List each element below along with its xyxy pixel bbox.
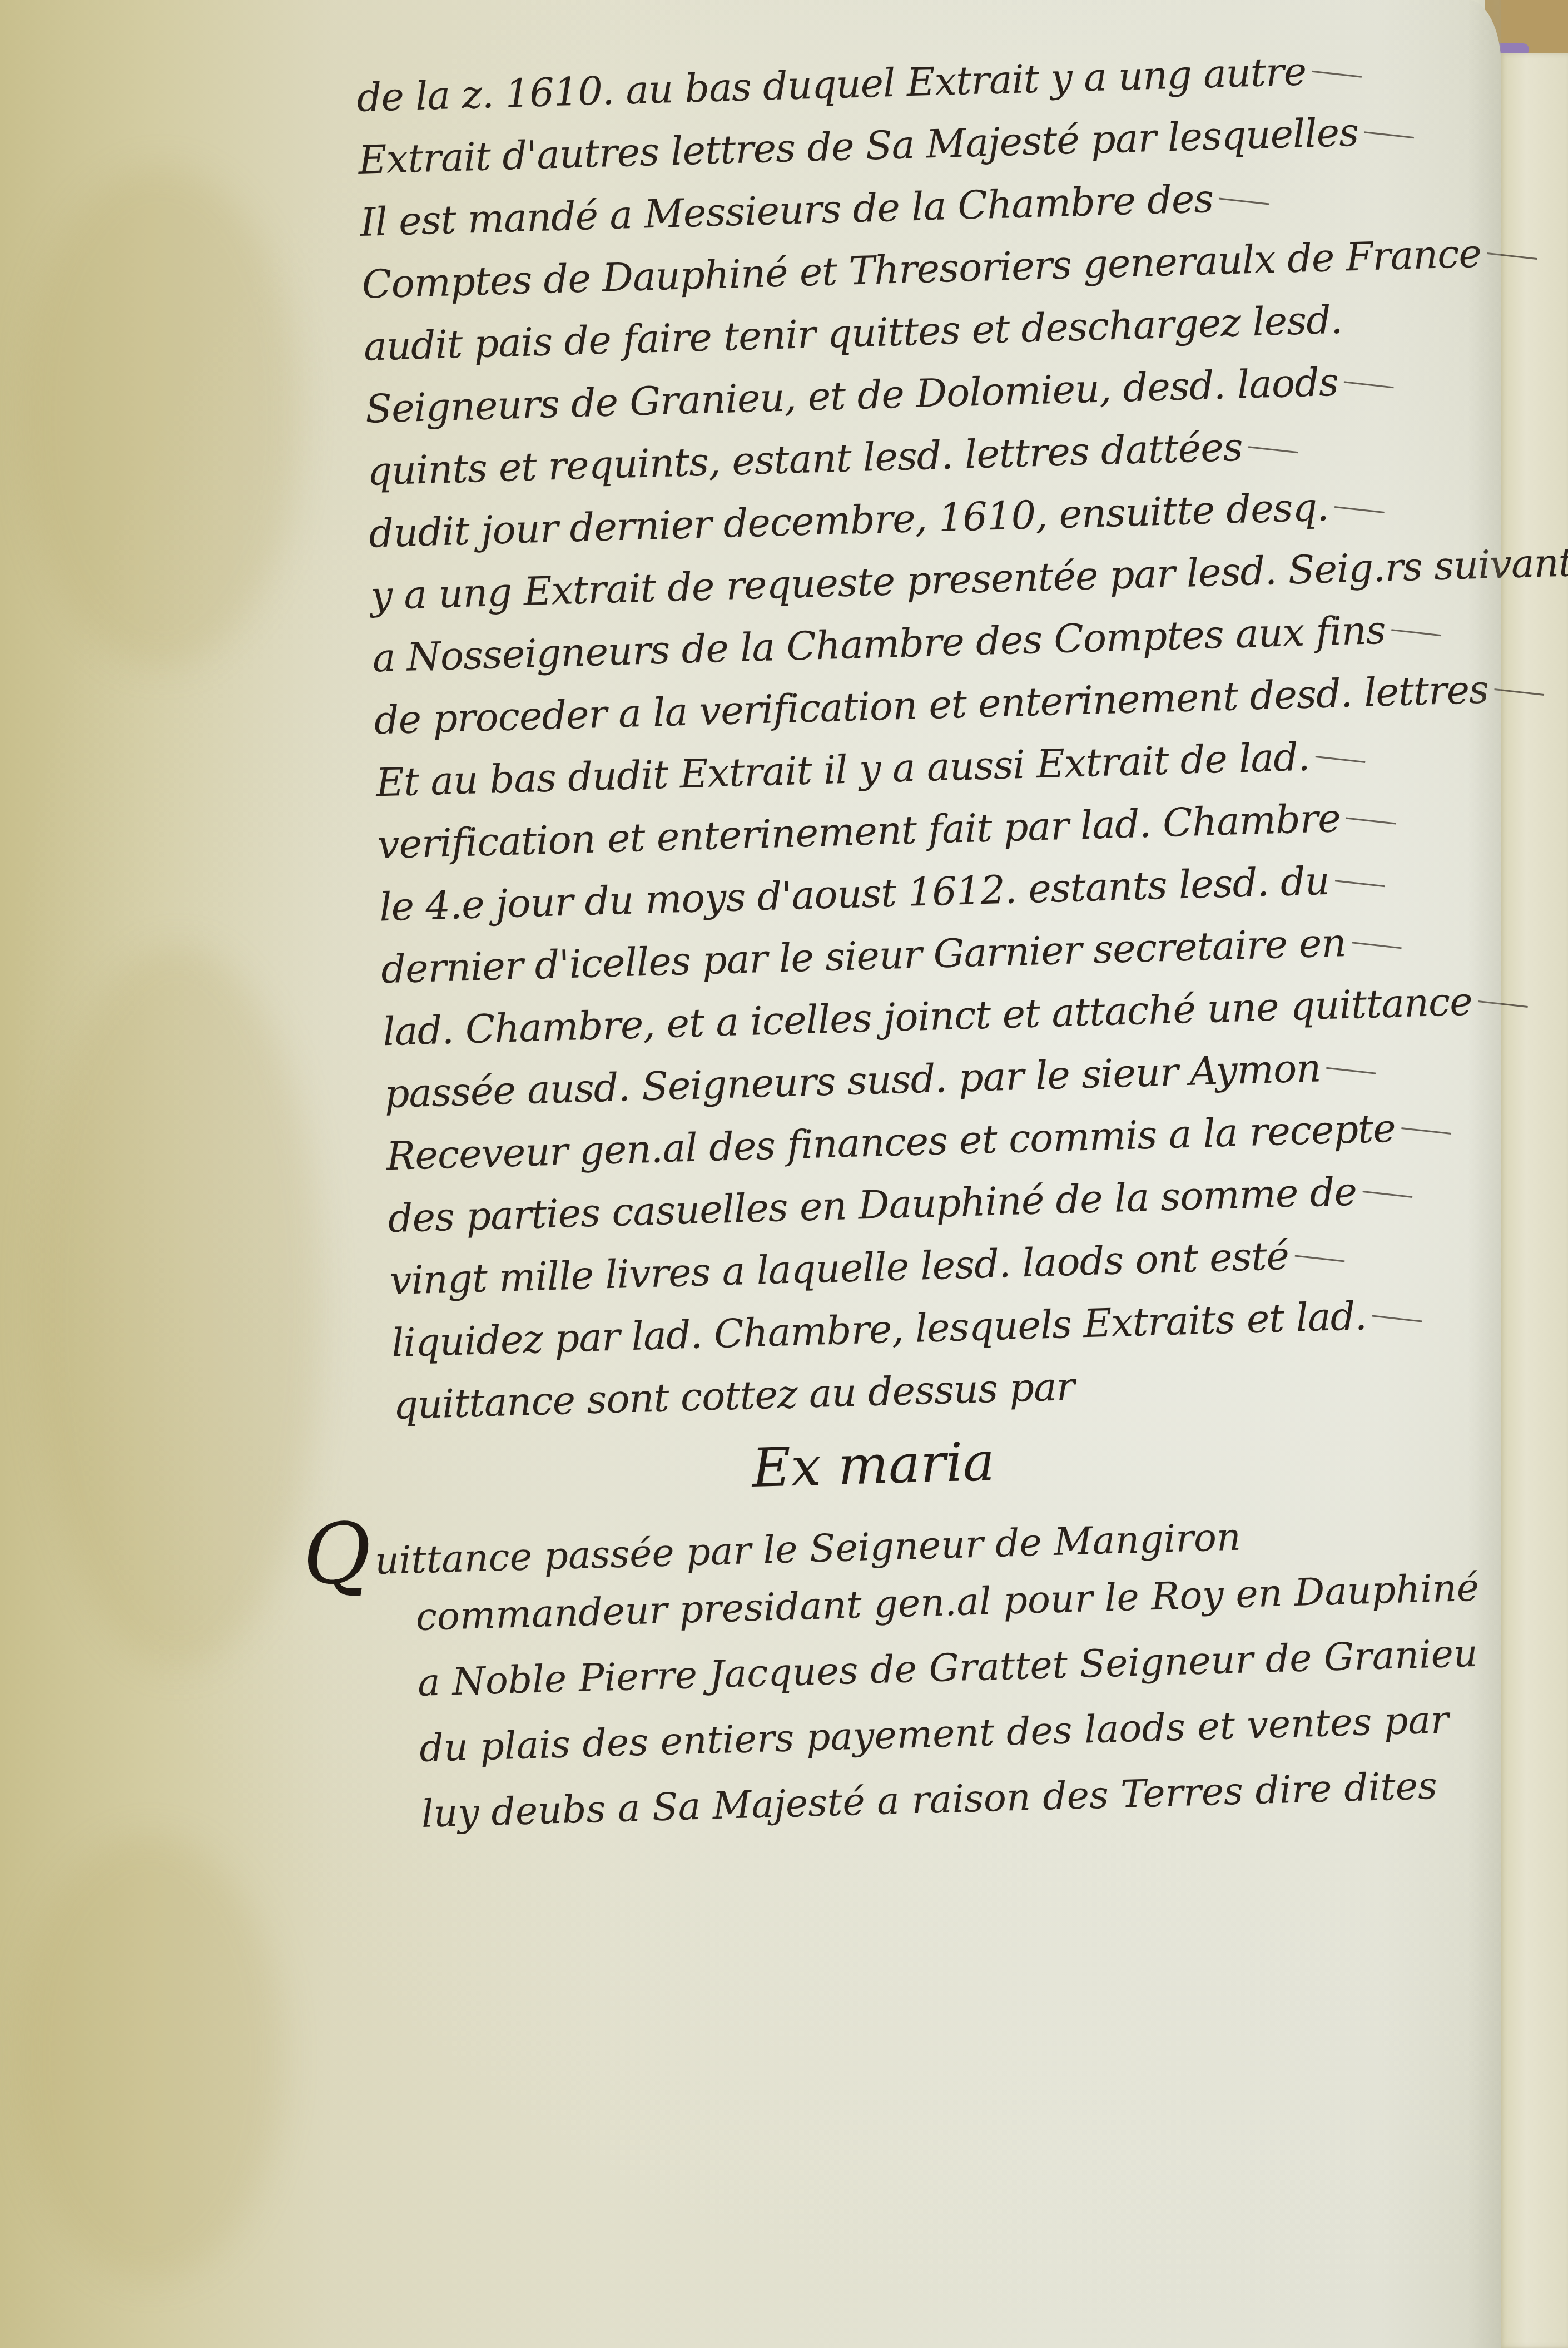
line-text: quittance sont cottez au dessus par	[393, 1364, 1075, 1428]
manuscript-text: de la z. 1610. au bas duquel Extrait y a…	[356, 34, 1562, 1848]
line-filler	[1335, 880, 1385, 887]
paper-stain	[17, 1835, 284, 2280]
line-filler	[1334, 506, 1385, 513]
paper-stain	[22, 167, 300, 667]
drop-cap: Q	[301, 1505, 373, 1603]
line-filler	[1364, 131, 1414, 138]
line-filler	[1478, 1000, 1528, 1008]
line-filler	[1362, 1190, 1412, 1197]
line-filler	[1346, 817, 1396, 824]
line-filler	[1312, 70, 1362, 77]
line-filler	[1219, 197, 1269, 205]
line-filler	[1372, 1315, 1422, 1322]
line-filler	[1294, 1255, 1344, 1262]
line-filler	[1248, 446, 1298, 453]
line-filler	[1391, 629, 1441, 636]
line-filler	[1327, 1067, 1377, 1074]
manuscript-page: de la z. 1610. au bas duquel Extrait y a…	[0, 0, 1501, 2348]
line-filler	[1352, 942, 1402, 949]
line-filler	[1344, 381, 1394, 388]
photo-scene: de la z. 1610. au bas duquel Extrait y a…	[0, 0, 1568, 2348]
line-filler	[1315, 756, 1365, 763]
paper-stain	[33, 945, 322, 1668]
line-filler	[1401, 1127, 1451, 1134]
